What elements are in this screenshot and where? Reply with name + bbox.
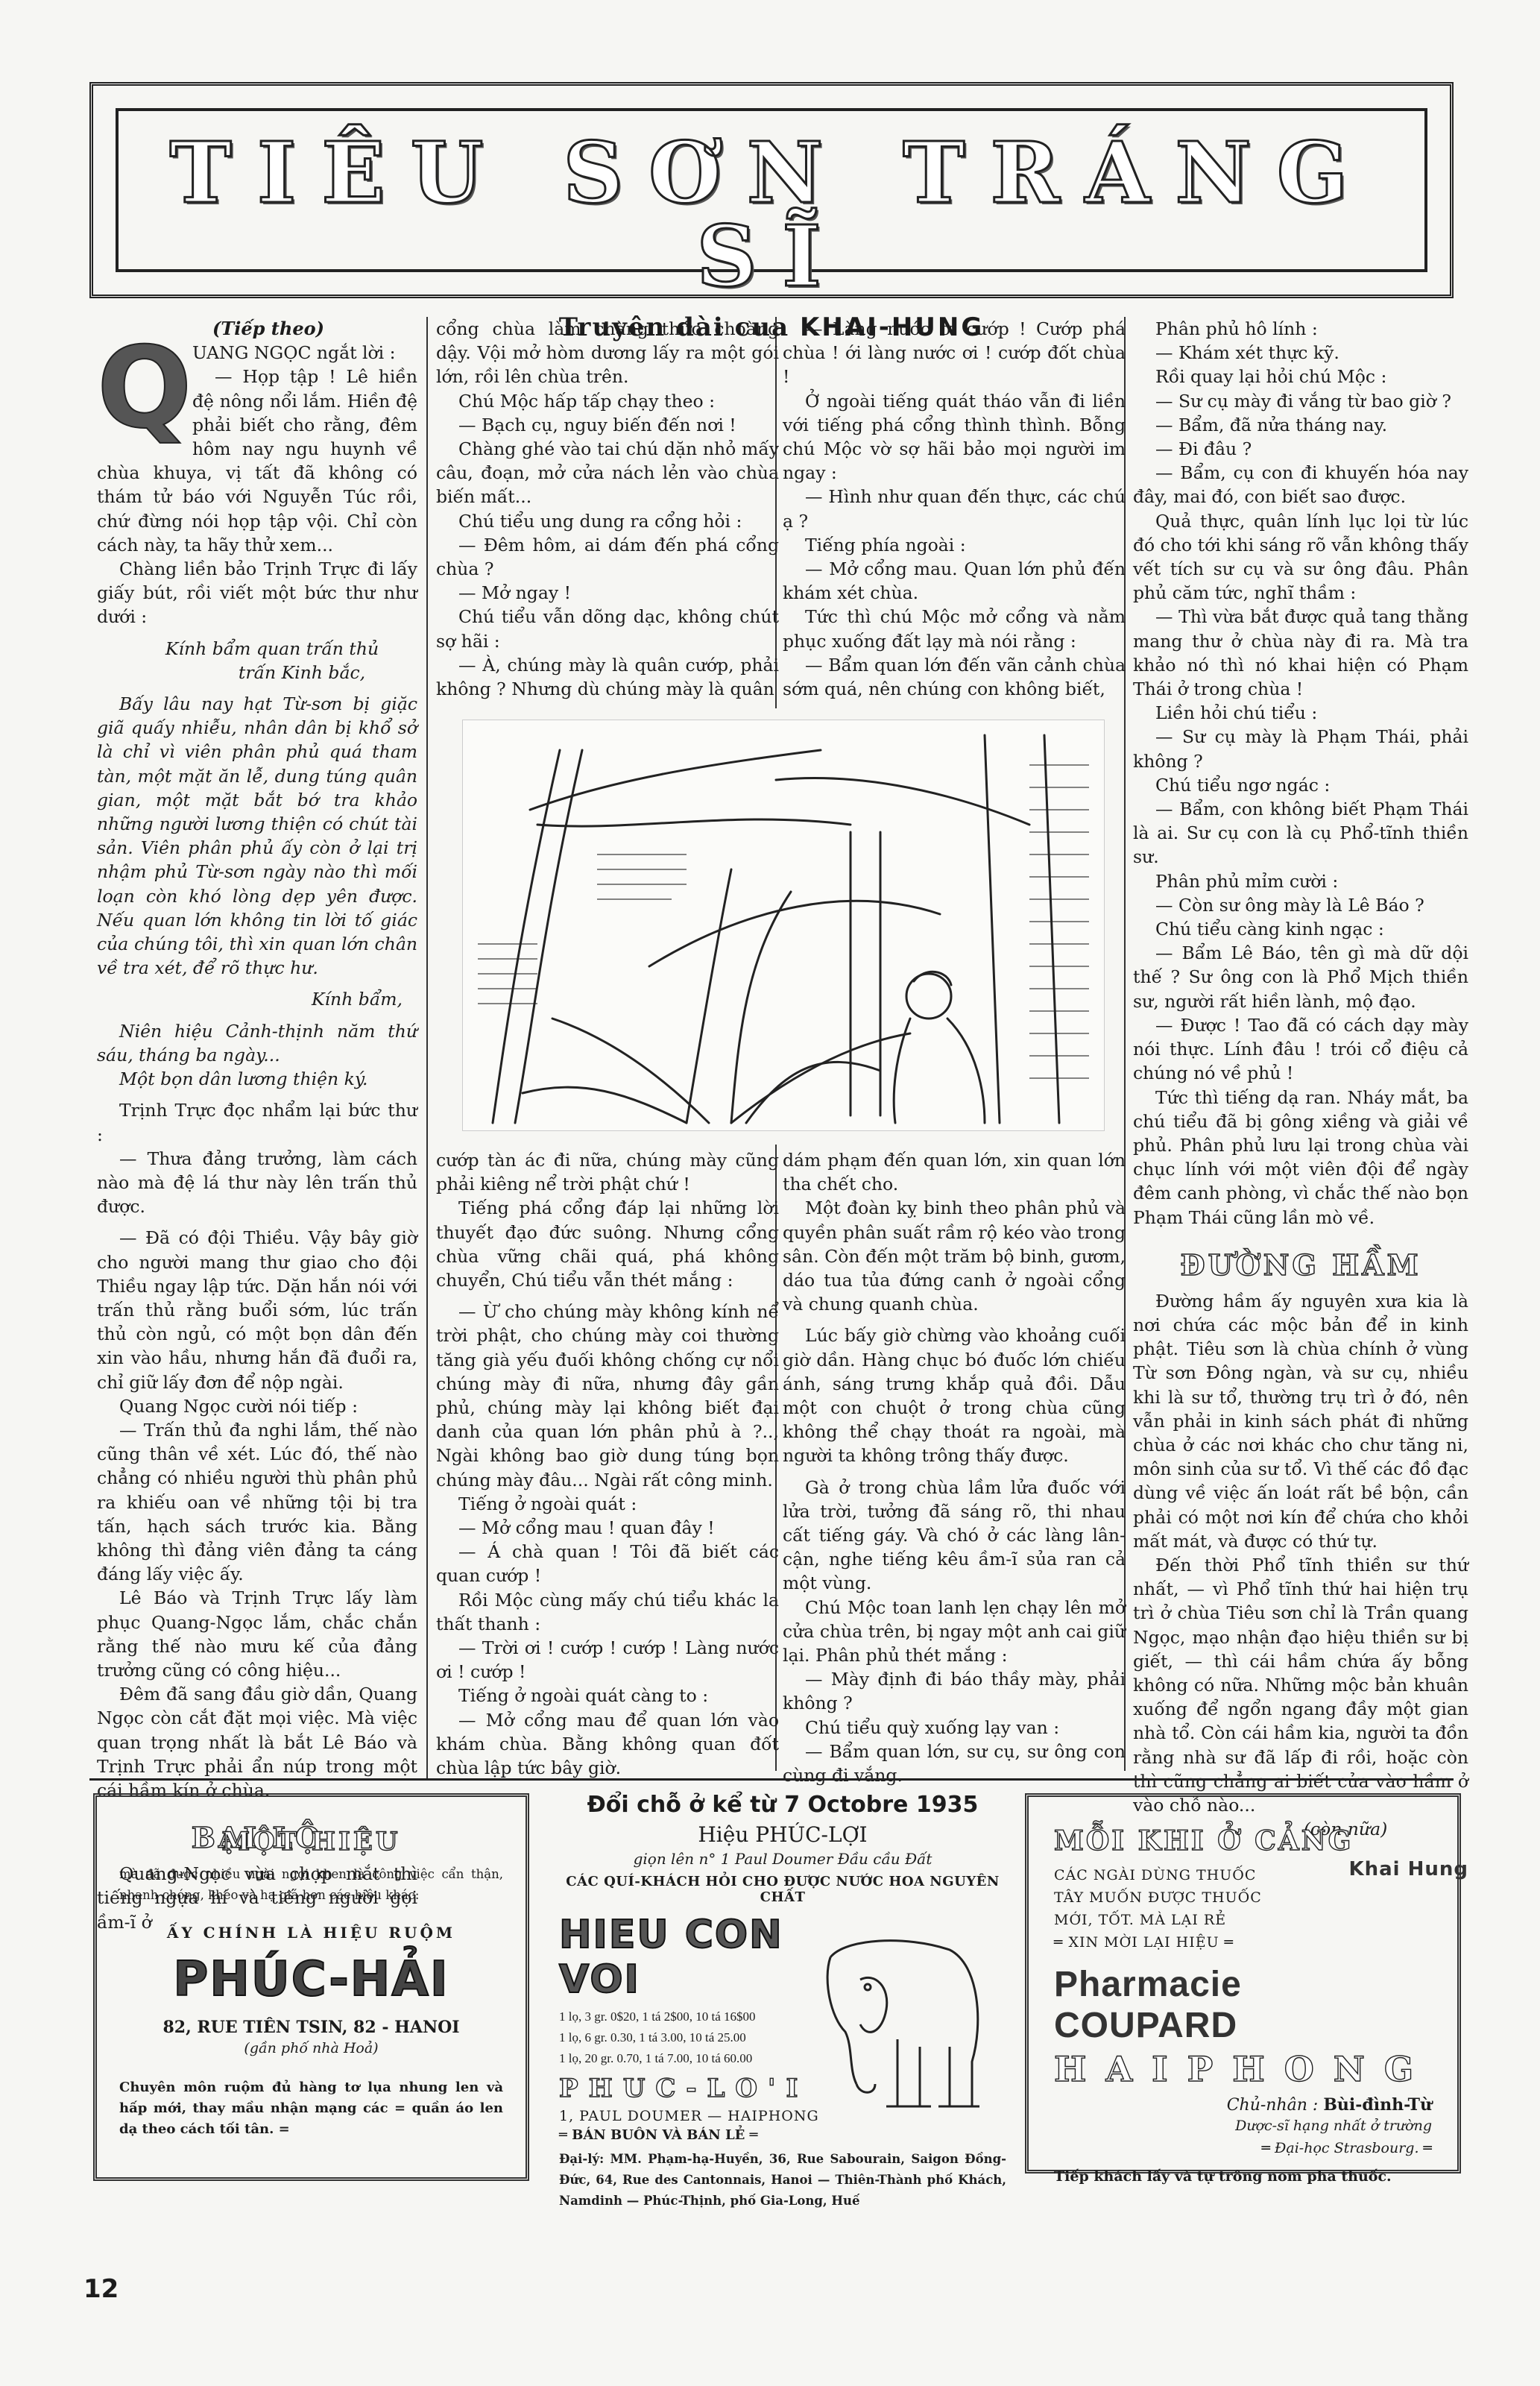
ad-credential: Dược-sĩ hạng nhất ở trường [1054,2115,1432,2137]
paragraph: — Á chà quan ! Tôi đã biết các quan cướp… [436,1540,779,1587]
price-row: 1 lọ, 20 gr. 0.70, 1 tá 7.00, 10 tá 60.0… [559,2048,842,2069]
paragraph: Chú tiểu ung dung ra cổng hỏi : [436,509,779,533]
paragraph: — Mở cổng mau ! quan đây ! [436,1516,779,1540]
ad-heading: MỖI KHI Ở CẢNG [1054,1825,1432,1857]
letter-body: Bấy lâu nay hạt Từ-sơn bị giặc giã quấy … [97,692,417,980]
letter-closing: Kính bẩm, [97,987,417,1011]
paragraph: — Đêm hôm, ai dám đến phá cổng chùa ? [436,533,779,581]
paragraph: Chú tiểu quỳ xuống lạy van : [783,1716,1126,1740]
paragraph: Chàng liền bảo Trịnh Trực đi lấy giấy bú… [97,557,417,629]
price-row: 1 lọ, 6 gr. 0.30, 1 tá 3.00, 10 tá 25.00 [559,2027,842,2048]
newspaper-page: TIÊU SƠN TRÁNG SĨ Truyên dài cua KHAI-HU… [0,0,1540,2386]
ad-tagline: CÁC QUÍ-KHÁCH HỎI CHO ĐƯỢC NƯỚC HOA NGUY… [559,1874,1006,1905]
paragraph: Chú tiểu vẫn dõng dạc, không chút sợ hãi… [436,605,779,652]
paragraph: Đêm đã sang đầu giờ dần, Quang Ngọc còn … [97,1682,417,1802]
ad-brand: Pharmacie COUPARD [1054,1964,1432,2046]
paragraph: Tiếng phá cổng đáp lại những lời thuyết … [436,1196,779,1292]
letter-signature: Một bọn dân lương thiện ký. [97,1067,417,1091]
serial-title: TIÊU SƠN TRÁNG SĨ [119,132,1424,299]
paragraph: — Mày định đi báo thầy mày, phải không ? [783,1667,1126,1715]
elephant-icon [815,1935,987,2121]
paragraph: Chú Mộc toan lanh lẹn chạy lên mở cửa ch… [783,1596,1126,1668]
ad-shop-name: Hiệu PHÚC-LỢI [559,1822,1006,1847]
ad-subheading: ẤY CHÍNH LÀ HIỆU RUỘM [119,1924,503,1942]
paragraph: Ở ngoài tiếng quát tháo vẫn đi liền với … [783,389,1126,485]
paragraph: — Bẩm, cụ con đi khuyến hóa nay đây, mai… [1133,461,1468,509]
paragraph: Chàng ghé vào tai chú dặn nhỏ mấy câu, đ… [436,437,779,509]
paragraph: Gà ở trong chùa lầm lửa đuốc với lửa trờ… [783,1476,1126,1596]
ad-notice: Đổi chỗ ở kể từ 7 Octobre 1935 [559,1792,1006,1818]
column-divider [426,317,428,1778]
paragraph: — Khám xét thực kỹ. [1133,341,1468,365]
ad-heading: MỘT HIỆU [119,1827,503,1857]
paragraph: — Còn sư ông mày là Lê Báo ? [1133,893,1468,917]
letter-date: Niên hiệu Cảnh-thịnh năm thứ sáu, tháng … [97,1019,417,1067]
paragraph: — Mở cổng mau. Quan lớn phủ đến khám xét… [783,557,1126,605]
paragraph: — Thưa đảng trưởng, làm cách nào mà đệ l… [97,1147,417,1219]
paragraph: cướp tàn ác đi nữa, chúng mày cũng phải … [436,1148,779,1196]
paragraph: Phân phủ hô lính : [1133,317,1468,341]
paragraph: — Bạch cụ, nguy biến đến nơi ! [436,413,779,437]
paragraph: — Được ! Tao đã có cách dạy mày nói thực… [1133,1013,1468,1086]
paragraph: Liền hỏi chú tiểu : [1133,701,1468,725]
paragraph: — Bẩm, con không biết Phạm Thái là ai. S… [1133,797,1468,869]
paragraph: — Bẩm Lê Báo, tên gì mà dữ dội thế ? Sư … [1133,941,1468,1013]
ad-moved-to: giọn lên n° 1 Paul Doumer Đầu cầu Đất [559,1850,1006,1868]
dropcap-letter: Q [97,344,185,441]
ad-line: TÂY MUỐN ĐƯỢC THUỐC [1054,1886,1432,1909]
ad-pharmacie-coupard: MỖI KHI Ở CẢNG CÁC NGÀI DÙNG THUỐC TÂY M… [1025,1793,1461,2173]
paragraph: — Mở ngay ! [436,581,779,605]
letter-salutation: trấn Kinh bắc, [97,661,417,684]
paragraph: Chú Mộc hấp tấp chạy theo : [436,389,779,413]
owner-name: Bùi-đình-Từ [1323,2095,1432,2115]
paragraph: dám phạm đến quan lớn, xin quan lớn tha … [783,1148,1126,1196]
paragraph: Rồi Mộc cùng mấy chú tiểu khác la thất t… [436,1588,779,1636]
ad-line: ═ XIN MỜI LẠI HIỆU ═ [1054,1931,1432,1954]
paragraph: — Hình như quan đến thực, các chú ạ ? [783,485,1126,532]
paragraph: Lê Báo và Trịnh Trực lấy làm phục Quang-… [97,1586,417,1682]
ad-brand: PHÚC-HẢI [119,1952,503,2007]
article-column-4: Phân phủ hô lính : — Khám xét thực kỹ. R… [1133,317,1468,1882]
monk-garden-illustration-icon [463,720,1104,1130]
paragraph: — Bẩm, đã nửa tháng nay. [1133,413,1468,437]
ad-city: HAIPHONG [1054,2049,1432,2089]
paragraph: Rồi quay lại hỏi chú Mộc : [1133,365,1468,388]
ad-owner: Chủ-nhân : Bùi-đình-Từ [1054,2095,1432,2115]
ad-price-block: HIEU CON VOI 1 lọ, 3 gr. 0$20, 1 tá 2$00… [559,1913,842,2143]
owner-label: Chủ-nhân : [1227,2096,1319,2115]
section-divider [89,1778,1454,1781]
paragraph: Phân phủ mỉm cười : [1133,869,1468,893]
ad-brand: HIEU CON VOI [559,1913,842,2002]
price-row: 1 lọ, 3 gr. 0$20, 1 tá 2$00, 10 tá 16$00 [559,2006,842,2027]
ad-line: MỚI, TỐT. MÀ LẠI RẺ [1054,1909,1432,1931]
paragraph: — Bẩm quan lớn đến vãn cảnh chùa sớm quá… [783,653,1126,701]
paragraph: Tiếng ở ngoài quát càng to : [436,1684,779,1707]
paragraph: — Ừ cho chúng mày không kính nể trời phậ… [436,1300,779,1492]
woodcut-illustration [462,720,1105,1131]
paragraph: Đường hầm ấy nguyên xưa kia là nơi chứa … [1133,1289,1468,1553]
paragraph: — Sư cụ mày đi vắng từ bao giờ ? [1133,389,1468,413]
paragraph: Tiếng ở ngoài quát : [436,1492,779,1516]
paragraph: Chú tiểu ngơ ngác : [1133,773,1468,797]
paragraph: cổng chùa làm chàng thức choàng dậy. Vội… [436,317,779,389]
ad-price-list: 1 lọ, 3 gr. 0$20, 1 tá 2$00, 10 tá 16$00… [559,2006,842,2069]
ad-intro: mà đã được nhiều ngài ngợi khen là công … [119,1864,503,1906]
paragraph: — Sư cụ mày là Phạm Thái, phải không ? [1133,725,1468,772]
ad-agents: Đại-lý: MM. Phạm-hạ-Huyền, 36, Rue Sabou… [559,2149,1006,2212]
paragraph: — À, chúng mày là quân cướp, phải không … [436,653,779,701]
paragraph: — Đi đâu ? [1133,437,1468,461]
ad-credential: ═ Đại-học Strasbourg. ═ [1054,2137,1432,2159]
paragraph: Quang Ngọc cười nói tiếp : [97,1394,417,1418]
masthead-frame: TIÊU SƠN TRÁNG SĨ Truyên dài cua KHAI-HU… [116,108,1427,272]
paragraph: — Trấn thủ đa nghi lắm, thế nào cũng thâ… [97,1418,417,1586]
ad-line: CÁC NGÀI DÙNG THUỐC [1054,1864,1432,1886]
paragraph: — Làng nước ơi cướp ! Cướp phá chùa ! ới… [783,317,1126,389]
paragraph: Tức thì chú Mộc mở cổng và nằm phục xuốn… [783,605,1126,652]
ad-phuc-hai: MỘT HIỆU mà đã được nhiều ngài ngợi khen… [93,1793,529,2181]
paragraph: Một đoàn kỵ binh theo phân phủ và quyền … [783,1196,1126,1316]
paragraph: — Mở cổng mau để quan lớn vào khám chùa.… [436,1708,779,1781]
paragraph: Chú tiểu càng kinh ngạc : [1133,917,1468,941]
masthead: TIÊU SƠN TRÁNG SĨ Truyên dài cua KHAI-HU… [89,82,1454,298]
paragraph: Tức thì tiếng dạ ran. Nháy mắt, ba chú t… [1133,1086,1468,1230]
article-column-3-lower: dám phạm đến quan lớn, xin quan lớn tha … [783,1148,1126,1787]
letter-salutation: Kính bẩm quan trấn thủ [97,637,417,661]
article-column-3: — Làng nước ơi cướp ! Cướp phá chùa ! ới… [783,317,1126,701]
paragraph: — Đã có đội Thiều. Vậy bây giờ cho người… [97,1226,417,1394]
paragraph: — Thì vừa bắt được quả tang thằng mang t… [1133,605,1468,701]
paragraph: Tiếng phía ngoài : [783,533,1126,557]
paragraph: — Trời ơi ! cướp ! cướp ! Làng nước ơi !… [436,1636,779,1684]
article-column-2: cổng chùa làm chàng thức choàng dậy. Vội… [436,317,779,701]
paragraph: Lúc bấy giờ chừng vào khoảng cuối giờ dầ… [783,1323,1126,1467]
ad-address: 82, RUE TIÊN TSIN, 82 - HANOI [119,2018,503,2037]
ad-lines: CÁC NGÀI DÙNG THUỐC TÂY MUỐN ĐƯỢC THUỐC … [1054,1864,1432,1954]
paragraph: Trịnh Trực đọc nhẩm lại bức thư : [97,1098,417,1146]
ad-address: 1, PAUL DOUMER — HAIPHONG [559,2108,842,2124]
article-column-2-lower: cướp tàn ác đi nữa, chúng mày cũng phải … [436,1148,779,1780]
section-heading: ĐƯỜNG HẦM [1133,1249,1468,1282]
ad-sale-note: ═ BÁN BUÔN VÀ BÁN LẺ ═ [559,2127,842,2143]
ad-address-note: (gần phố nhà Hoả) [119,2040,503,2056]
ad-footer: Tiếp khách lấy và tự trông nom pha thuốc… [1054,2168,1432,2185]
ad-description: Chuyên môn ruộm đủ hàng tơ lụa nhung len… [119,2077,503,2140]
ad-brand-secondary: PHUC-LO'I [559,2074,842,2103]
paragraph: Quả thực, quân lính lục lọi từ lúc đó ch… [1133,509,1468,605]
article-column-1: (Tiếp theo) Q UANG NGỌC ngắt lời : — Họp… [97,317,417,1934]
page-number: 12 [83,2274,119,2304]
ad-phuc-loi: Đổi chỗ ở kể từ 7 Octobre 1935 Hiệu PHÚC… [552,1786,1014,2218]
